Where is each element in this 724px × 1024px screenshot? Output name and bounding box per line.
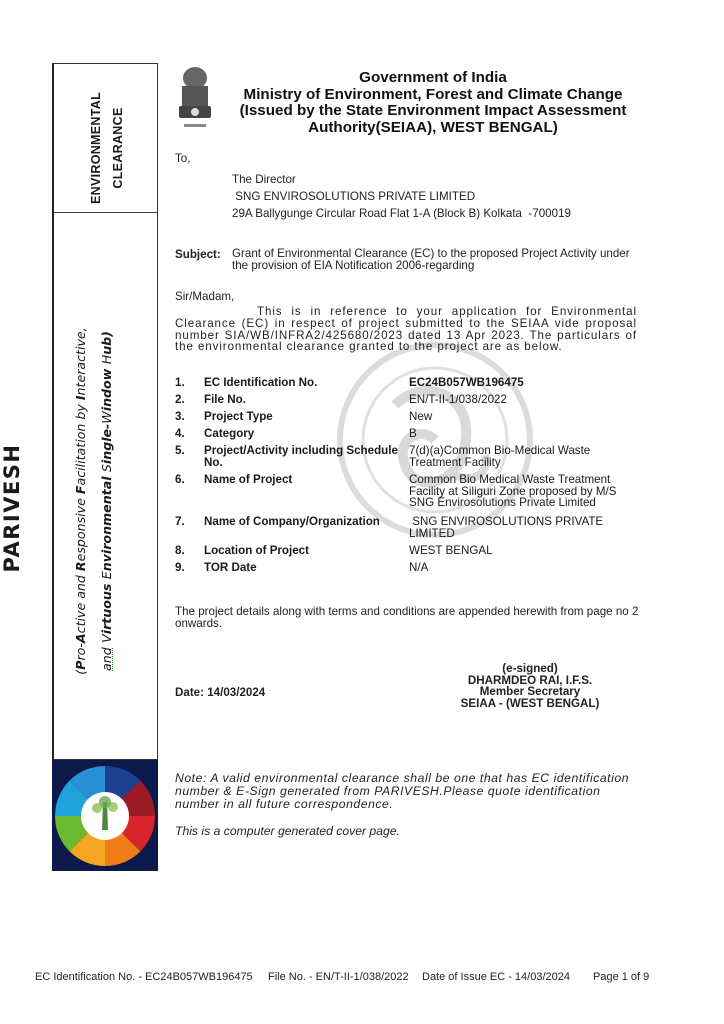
details-text: The project details along with terms and… [175, 606, 645, 630]
issue-date: Date: 14/03/2024 [175, 686, 265, 699]
row-number: 7. [175, 516, 185, 528]
ec-title-line1: ENVIRONMENTAL [85, 73, 107, 223]
footer-issue-date: Date of Issue EC - 14/03/2024 [422, 971, 570, 983]
validity-note: Note: A valid environmental clearance sh… [175, 772, 645, 811]
row-value: Common Bio Medical Waste Treatment Facil… [409, 474, 644, 509]
row-number: 8. [175, 545, 185, 557]
row-number: 2. [175, 394, 185, 406]
row-value: EN/T-II-1/038/2022 [409, 394, 644, 406]
row-value: New [409, 411, 644, 423]
body-paragraph: This is in reference to your application… [175, 306, 637, 353]
row-label: Project Type [204, 411, 404, 423]
footer-file-no: File No. - EN/T-II-1/038/2022 [268, 971, 409, 983]
row-number: 6. [175, 474, 185, 486]
computer-generated-note: This is a computer generated cover page. [175, 825, 400, 838]
row-value: WEST BENGAL [409, 545, 644, 557]
row-value: B [409, 428, 644, 440]
row-number: 9. [175, 562, 185, 574]
row-number: 5. [175, 445, 185, 457]
parivesh-brand: PARIVESH [0, 378, 24, 638]
row-label: EC Identification No. [204, 377, 404, 389]
parivesh-wheel-logo-icon [52, 760, 158, 871]
row-number: 3. [175, 411, 185, 423]
to-label: To, [175, 152, 190, 165]
body-paragraph-text: This is in reference to your application… [175, 305, 637, 353]
ec-title-line2: CLEARANCE [107, 73, 129, 223]
footer-ec-id: EC Identification No. - EC24B057WB196475 [35, 971, 253, 983]
row-number: 1. [175, 377, 185, 389]
sidebar-divider [54, 212, 157, 213]
document-header: Government of India Ministry of Environm… [218, 70, 648, 136]
addressee-company: SNG ENVIROSOLUTIONS PRIVATE LIMITED [232, 190, 475, 203]
row-value: SNG ENVIROSOLUTIONS PRIVATE LIMITED [409, 516, 644, 539]
signatory-office: SEIAA - (WEST BENGAL) [430, 698, 630, 710]
sidebar-panel: ENVIRONMENTAL CLEARANCE PARIVESH (Pro-Ac… [52, 63, 158, 760]
header-line1: Government of India [218, 70, 648, 87]
row-label: Name of Company/Organization [204, 516, 404, 528]
moefcc-seal-watermark-icon [335, 335, 535, 545]
addressee-title: The Director [232, 173, 296, 186]
header-line4: Authority(SEIAA), WEST BENGAL) [218, 120, 648, 137]
row-label: Category [204, 428, 404, 440]
row-label: Project/Activity including Schedule No. [204, 445, 404, 468]
signature-block: (e-signed) DHARMDEO RAI, I.F.S. Member S… [430, 663, 630, 709]
tagline-line1: (Pro-Active and Responsive Facilitation … [68, 291, 94, 711]
row-label: File No. [204, 394, 404, 406]
row-number: 4. [175, 428, 185, 440]
row-label: TOR Date [204, 562, 404, 574]
addressee-address: 29A Ballygunge Circular Road Flat 1-A (B… [232, 207, 571, 220]
footer-page-number: Page 1 of 9 [593, 971, 649, 983]
row-value: N/A [409, 562, 644, 574]
subject-text: Grant of Environmental Clearance (EC) to… [232, 248, 642, 272]
row-value: 7(d)(a)Common Bio-Medical Waste Treatmen… [409, 445, 644, 468]
header-line2: Ministry of Environment, Forest and Clim… [218, 87, 648, 104]
row-value: EC24B057WB196475 [409, 377, 644, 389]
subject-label: Subject: [175, 248, 221, 261]
salutation: Sir/Madam, [175, 290, 234, 303]
row-label: Location of Project [204, 545, 404, 557]
parivesh-tagline: (Pro-Active and Responsive Facilitation … [68, 291, 120, 711]
tagline-line2: and Virtuous Environmental Single-Window… [94, 291, 120, 711]
national-emblem-icon [170, 64, 220, 136]
esigned-label: (e-signed) [430, 663, 630, 675]
environmental-clearance-title: ENVIRONMENTAL CLEARANCE [85, 73, 129, 223]
signatory-designation: Member Secretary [430, 686, 630, 698]
header-line3: (Issued by the State Environment Impact … [218, 103, 648, 120]
row-label: Name of Project [204, 474, 404, 486]
